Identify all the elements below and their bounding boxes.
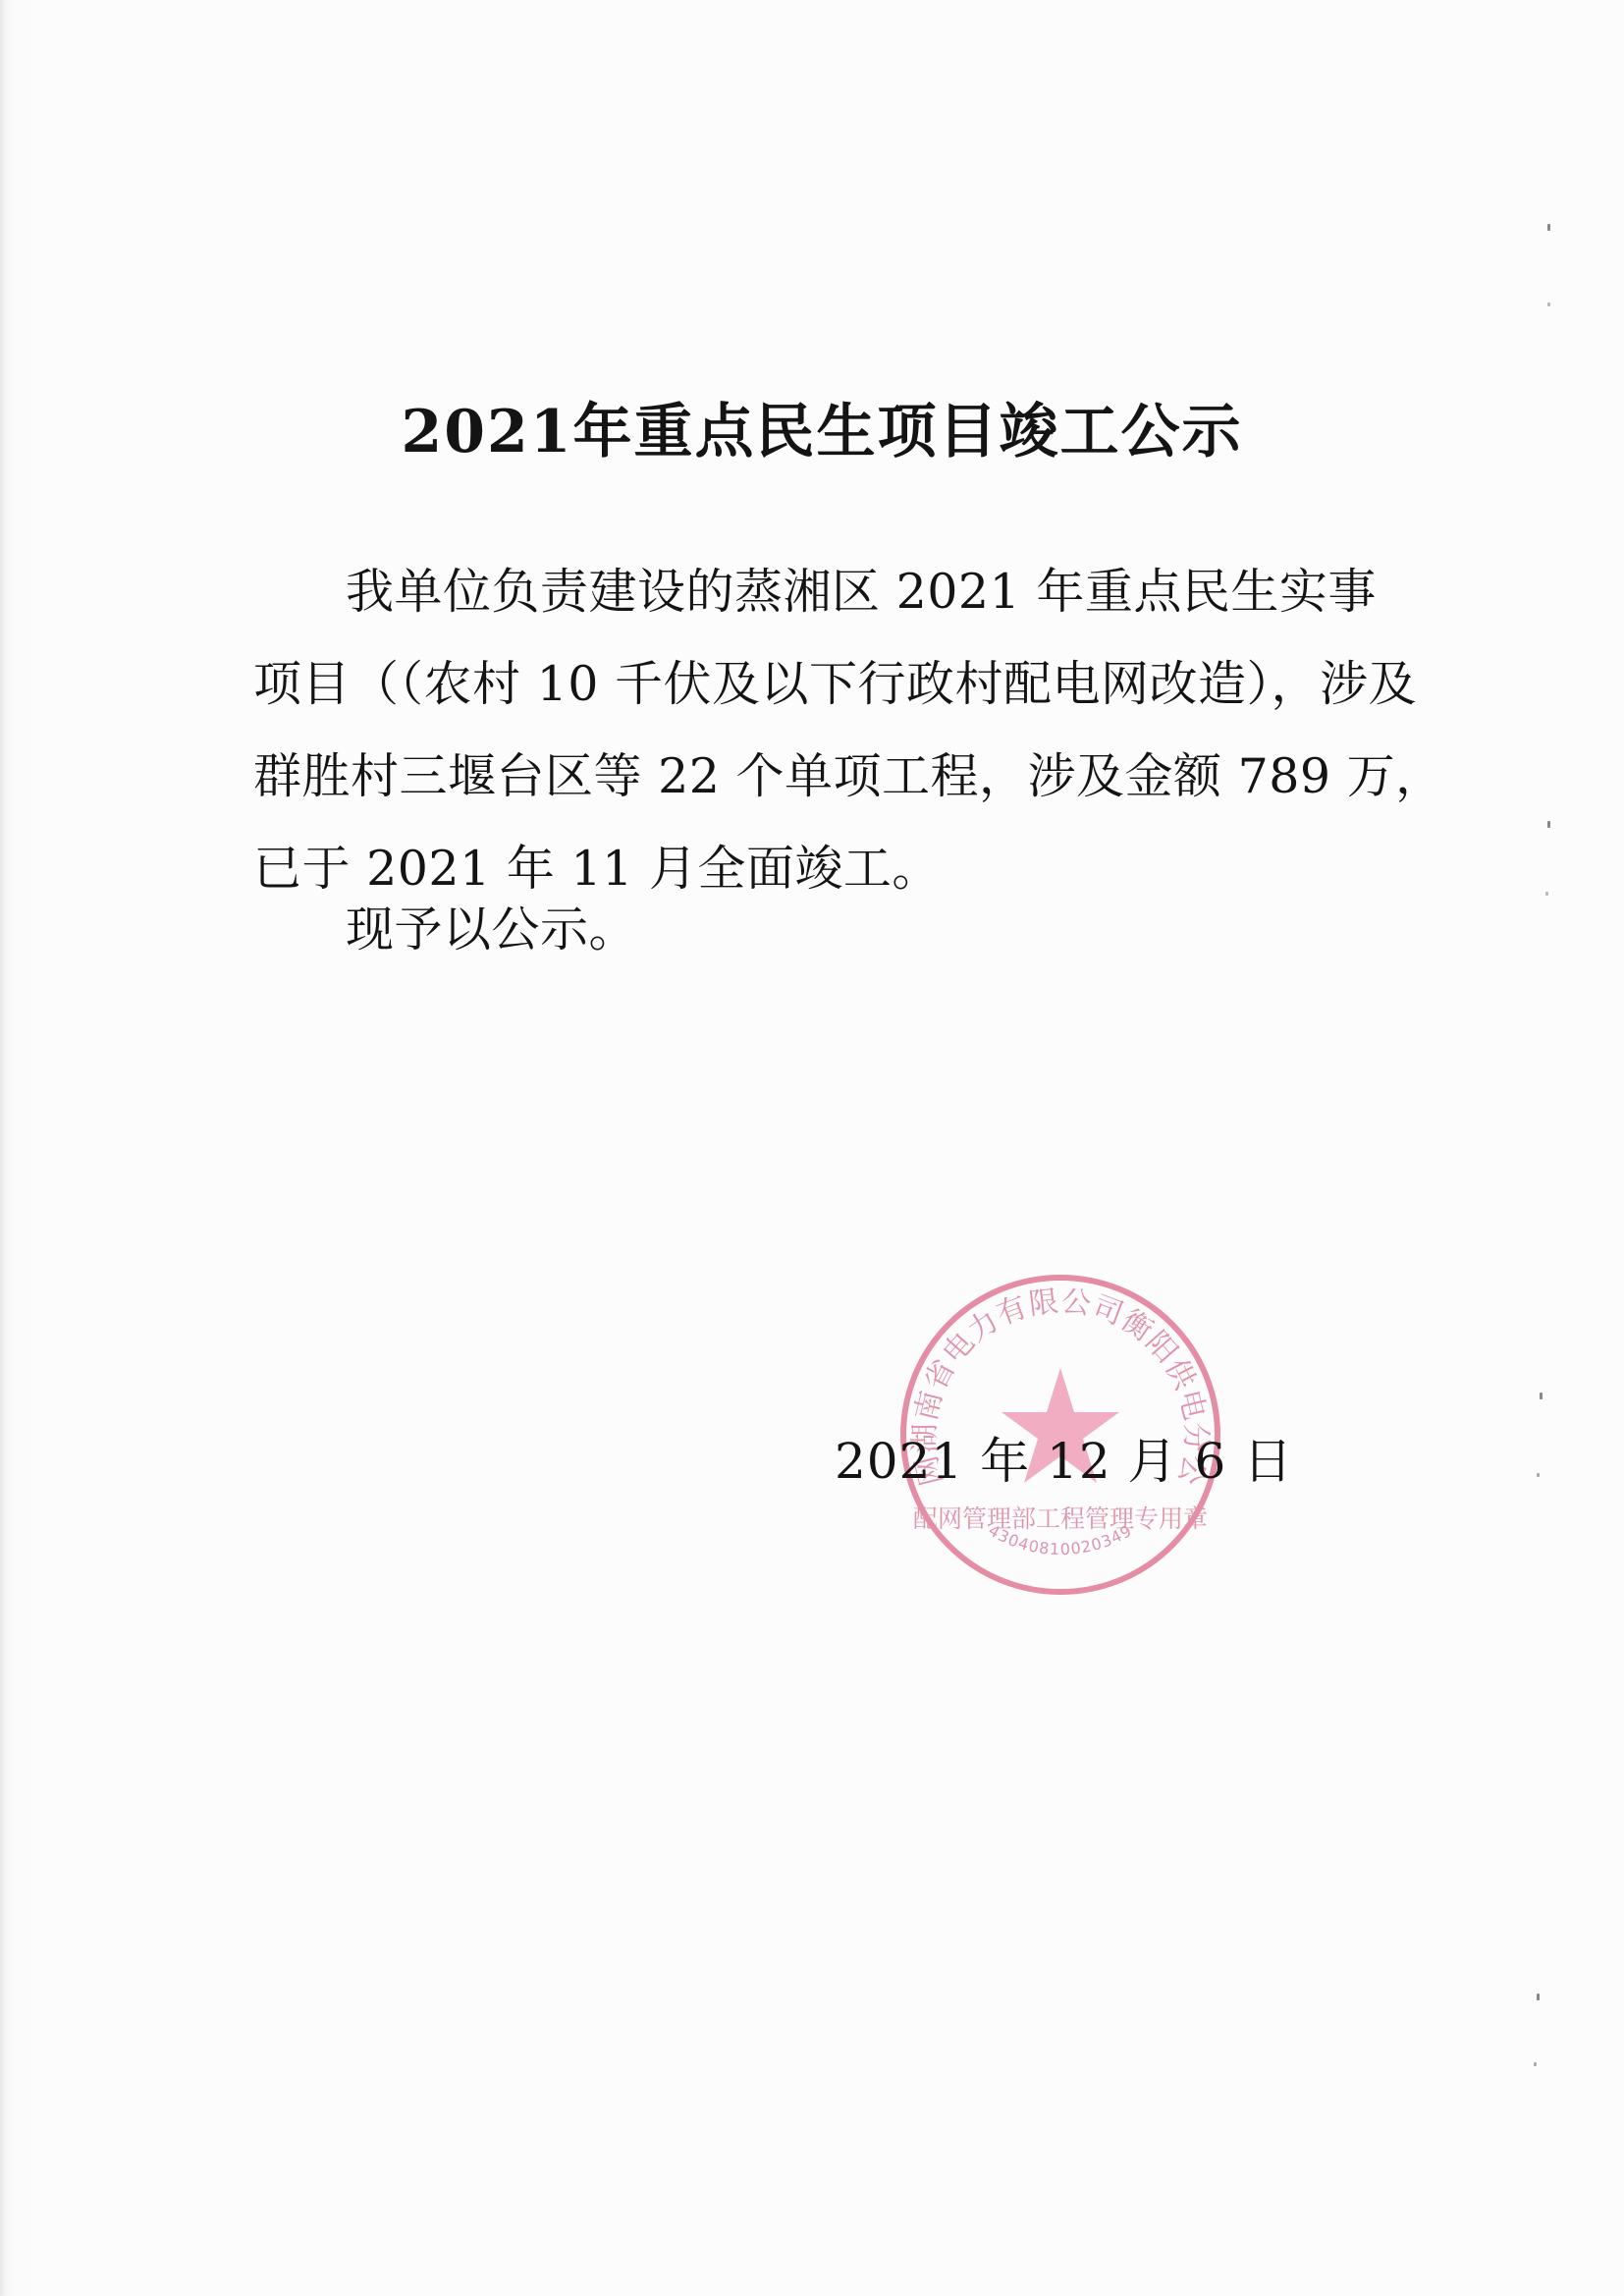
scan-artifact — [1540, 1393, 1543, 1399]
document-date: 2021 年 12 月 6 日 — [835, 1422, 1293, 1493]
body-paragraph-line-1: 我单位负责建设的蒸湘区 2021 年重点民生实事 — [346, 568, 1377, 616]
scanned-page: 2021年重点民生项目竣工公示 我单位负责建设的蒸湘区 2021 年重点民生实事… — [0, 0, 1624, 2296]
seal-inner-text: 配网管理部工程管理专用章 — [913, 1504, 1208, 1533]
document-title: 2021年重点民生项目竣工公示 — [0, 385, 1624, 469]
scan-artifact — [1545, 892, 1548, 896]
body-paragraph-line-4: 已于 2021 年 11 月全面竣工。 — [253, 845, 941, 893]
closing-statement: 现予以公示。 — [346, 905, 637, 954]
body-paragraph-line-2: 项目（（农村 10 千伏及以下行政村配电网改造），涉及 — [253, 660, 1417, 708]
scan-artifact — [1534, 2062, 1537, 2066]
scan-artifact — [1537, 1994, 1540, 2000]
scan-artifact — [1547, 224, 1550, 231]
scan-artifact — [1537, 1473, 1540, 1477]
body-paragraph-line-3: 群胜村三堰台区等 22 个单项工程，涉及金额 789 万， — [253, 752, 1444, 800]
scan-artifact — [1547, 821, 1550, 828]
scan-artifact — [1547, 302, 1550, 306]
